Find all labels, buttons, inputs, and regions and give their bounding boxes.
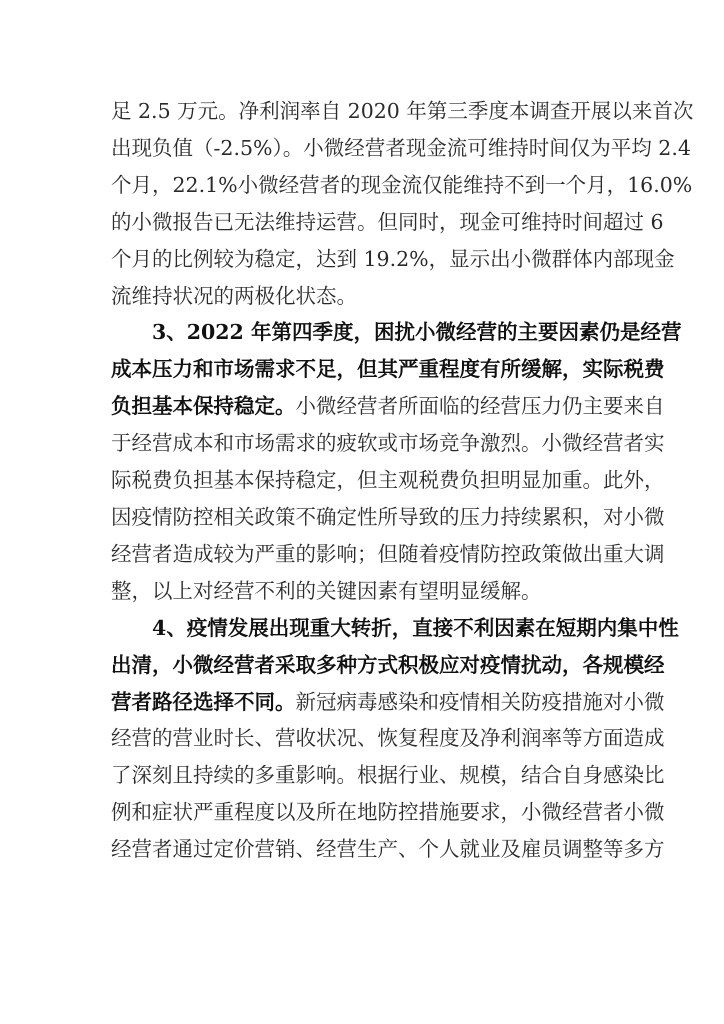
text-line: 于经营成本和市场需求的疲软或市场竞争激烈。小微经营者实 bbox=[111, 425, 615, 462]
document-page: 足 2.5 万元。净利润率自 2020 年第三季度本调查开展以来首次 出现负值（… bbox=[111, 93, 615, 868]
heading-line: 出清，小微经营者采取多种方式积极应对疫情扰动，各规模经 bbox=[111, 647, 615, 684]
mixed-line: 负担基本保持稳定。小微经营者所面临的经营压力仍主要来自 bbox=[111, 388, 615, 425]
text-line: 流维持状况的两极化状态。 bbox=[111, 278, 615, 315]
text-line: 足 2.5 万元。净利润率自 2020 年第三季度本调查开展以来首次 bbox=[111, 93, 615, 130]
text-line: 因疫情防控相关政策不确定性所导致的压力持续累积，对小微 bbox=[111, 499, 615, 536]
heading-line: 4、疫情发展出现重大转折，直接不利因素在短期内集中性 bbox=[111, 610, 615, 647]
text-line: 了深刻且持续的多重影响。根据行业、规模，结合自身感染比 bbox=[111, 757, 615, 794]
text-line: 个月的比例较为稳定，达到 19.2%，显示出小微群体内部现金 bbox=[111, 241, 615, 278]
heading-line: 3、2022 年第四季度，困扰小微经营的主要因素仍是经营 bbox=[111, 314, 615, 351]
heading-tail: 营者路径选择不同。 bbox=[111, 690, 296, 714]
body-text: 小微经营者所面临的经营压力仍主要来自 bbox=[296, 394, 665, 418]
body-text: 新冠病毒感染和疫情相关防疫措施对小微 bbox=[296, 690, 665, 714]
text-line: 个月，22.1%小微经营者的现金流仅能维持不到一个月，16.0% bbox=[111, 167, 615, 204]
paragraph-point-3: 3、2022 年第四季度，困扰小微经营的主要因素仍是经营 成本压力和市场需求不足… bbox=[111, 314, 615, 609]
text-line: 例和症状严重程度以及所在地防控措施要求，小微经营者小微 bbox=[111, 794, 615, 831]
mixed-line: 营者路径选择不同。新冠病毒感染和疫情相关防疫措施对小微 bbox=[111, 684, 615, 721]
paragraph-point-4: 4、疫情发展出现重大转折，直接不利因素在短期内集中性 出清，小微经营者采取多种方… bbox=[111, 610, 615, 868]
text-line: 经营的营业时长、营收状况、恢复程度及净利润率等方面造成 bbox=[111, 720, 615, 757]
paragraph-cash-flow: 足 2.5 万元。净利润率自 2020 年第三季度本调查开展以来首次 出现负值（… bbox=[111, 93, 615, 314]
text-line: 际税费负担基本保持稳定，但主观税费负担明显加重。此外， bbox=[111, 462, 615, 499]
text-line: 的小微报告已无法维持运营。但同时，现金可维持时间超过 6 bbox=[111, 204, 615, 241]
heading-line: 成本压力和市场需求不足，但其严重程度有所缓解，实际税费 bbox=[111, 351, 615, 388]
text-line: 整，以上对经营不利的关键因素有望明显缓解。 bbox=[111, 573, 615, 610]
heading-tail: 负担基本保持稳定。 bbox=[111, 394, 296, 418]
text-line: 经营者造成较为严重的影响；但随着疫情防控政策做出重大调 bbox=[111, 536, 615, 573]
text-line: 经营者通过定价营销、经营生产、个人就业及雇员调整等多方 bbox=[111, 831, 615, 868]
text-line: 出现负值（-2.5%）。小微经营者现金流可维持时间仅为平均 2.4 bbox=[111, 130, 615, 167]
